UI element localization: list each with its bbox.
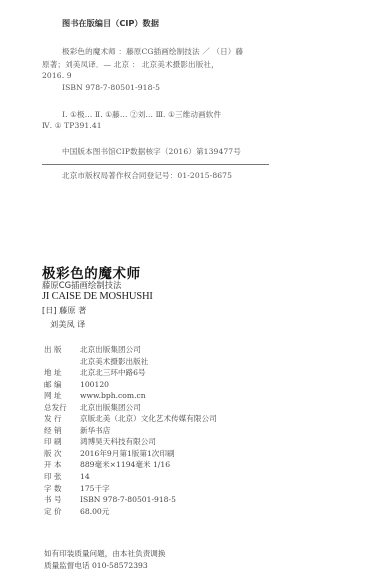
cip-line: 2016. 9 [42,71,72,80]
imprint-row: 字 数175千字 [44,483,217,495]
imprint-row: 地 址北京北三环中路6号 [44,367,217,379]
copyright-registration: 北京市版权局著作权合同登记号：01-2015-8675 [62,170,232,181]
imprint-row: 开 本889毫米×1194毫米 1/16 [44,459,217,471]
imprint-row: 出 版北京出版集团公司 [44,344,217,356]
book-subtitle: 藤原CG插画绘制技法 [42,279,121,291]
imprint-row: 北京美术摄影出版社 [44,356,217,368]
imprint-row: 经 销新华书店 [44,425,217,437]
imprint-row: 发 行京版北美（北京）文化艺术传媒有限公司 [44,413,217,425]
quality-notice-line: 如有印装质量问题，由本社负责调换 [44,548,166,560]
quality-phone: 质量监督电话 010-58572393 [44,560,166,572]
imprint-row: 定 价68.00元 [44,506,217,518]
imprint-table: 出 版北京出版集团公司 北京美术摄影出版社 地 址北京北三环中路6号 邮 编10… [44,344,217,517]
cip-line: 原著；刘美凤译．— 北京 ： 北京美术摄影出版社， [42,59,219,70]
imprint-row: 网 址www.bph.com.cn [44,390,217,402]
book-translator: 刘美凤 译 [50,319,85,330]
cip-isbn: ISBN 978-7-80501-918-5 [62,83,160,92]
imprint-row: 印 张14 [44,471,217,483]
imprint-row: 邮 编100120 [44,379,217,391]
imprint-row: 版 次2016年9月第1版第1次印刷 [44,448,217,460]
cip-record-number: 中国版本图书馆CIP数据核字（2016）第139477号 [62,146,241,157]
cip-line: 极彩色的魔术师 ：藤原CG插画绘制技法 ／ （日）藤 [62,46,243,57]
cip-classification: Ⅳ. ① TP391.41 [42,121,102,130]
quality-notice: 如有印装质量问题，由本社负责调换 质量监督电话 010-58572393 [44,548,166,572]
book-author: [日] 藤原 著 [42,305,86,316]
imprint-row: 书 号ISBN 978-7-80501-918-5 [44,494,217,506]
imprint-row: 印 刷鸿博昊天科技有限公司 [44,436,217,448]
book-pinyin: JI CAISE DE MOSHUSHI [42,291,153,302]
imprint-row: 总发行北京出版集团公司 [44,402,217,414]
cip-classification: Ⅰ. ①极… Ⅱ. ①藤… ②刘… Ⅲ. ①三维动画软件 [62,109,221,120]
divider [42,164,269,165]
cip-heading: 图书在版编目（CIP）数据 [62,18,159,29]
